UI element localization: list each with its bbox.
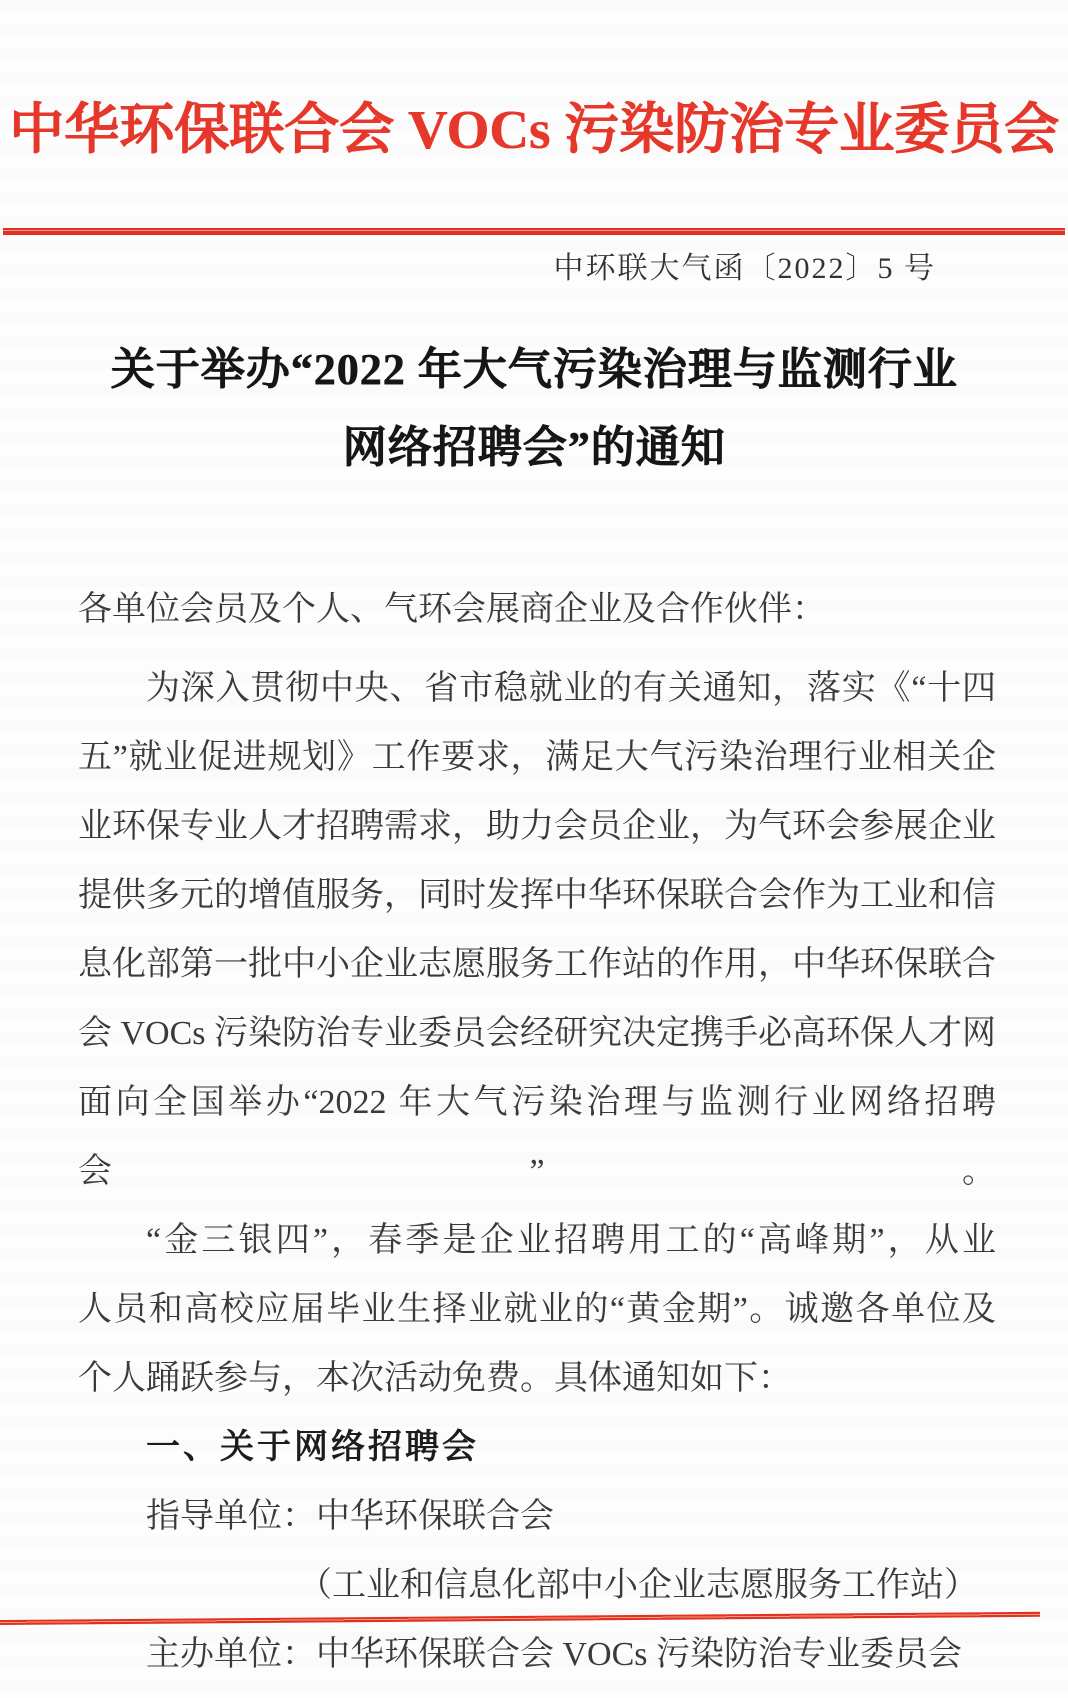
guide-unit-line: 指导单位：中华环保联合会	[78, 1482, 996, 1551]
notice-title-line2: 网络招聘会”的通知	[0, 409, 1068, 487]
body-line: 个人踊跃参与，本次活动免费。具体通知如下：	[78, 1344, 996, 1413]
org-header-title: 中华环保联合会 VOCs 污染防治专业委员会	[0, 100, 1068, 160]
body-line: 会 VOCs 污染防治专业委员会经研究决定携手必高环保人才网	[78, 999, 996, 1068]
notice-title-line1: 关于举办“2022 年大气污染治理与监测行业	[0, 331, 1068, 409]
body-line: 人员和高校应届毕业生择业就业的“黄金期”。诚邀各单位及	[78, 1275, 996, 1344]
host-unit-line: 主办单位：中华环保联合会 VOCs 污染防治专业委员会	[78, 1620, 996, 1689]
scanned-notice-document: { "header": { "org_title": "中华环保联合会 VOCs…	[0, 0, 1068, 1698]
salutation-line: 各单位会员及个人、气环会展商企业及合作伙伴：	[78, 575, 996, 644]
document-number: 中环联大气函〔2022〕5 号	[0, 251, 1068, 287]
notice-body: 各单位会员及个人、气环会展商企业及合作伙伴： 为深入贯彻中央、省市稳就业的有关通…	[0, 575, 1068, 1689]
body-line: 业环保专业人才招聘需求，助力会员企业，为气环会参展企业	[78, 792, 996, 861]
notice-title: 关于举办“2022 年大气污染治理与监测行业 网络招聘会”的通知	[0, 331, 1068, 487]
body-line: 息化部第一批中小企业志愿服务工作站的作用，中华环保联合	[78, 930, 996, 999]
body-line: 提供多元的增值服务，同时发挥中华环保联合会作为工业和信	[78, 861, 996, 930]
body-line: 五”就业促进规划》工作要求，满足大气污染治理行业相关企	[78, 723, 996, 792]
guide-unit-subline: （工业和信息化部中小企业志愿服务工作站）	[78, 1551, 996, 1620]
body-line: “金三银四”，春季是企业招聘用工的“高峰期”，从业	[78, 1206, 996, 1275]
body-line: 面向全国举办“2022 年大气污染治理与监测行业网络招聘会”。	[78, 1068, 996, 1206]
body-line: 为深入贯彻中央、省市稳就业的有关通知，落实《“十四	[78, 654, 996, 723]
header-red-rule	[3, 228, 1065, 235]
section-heading: 一、关于网络招聘会	[78, 1413, 996, 1482]
